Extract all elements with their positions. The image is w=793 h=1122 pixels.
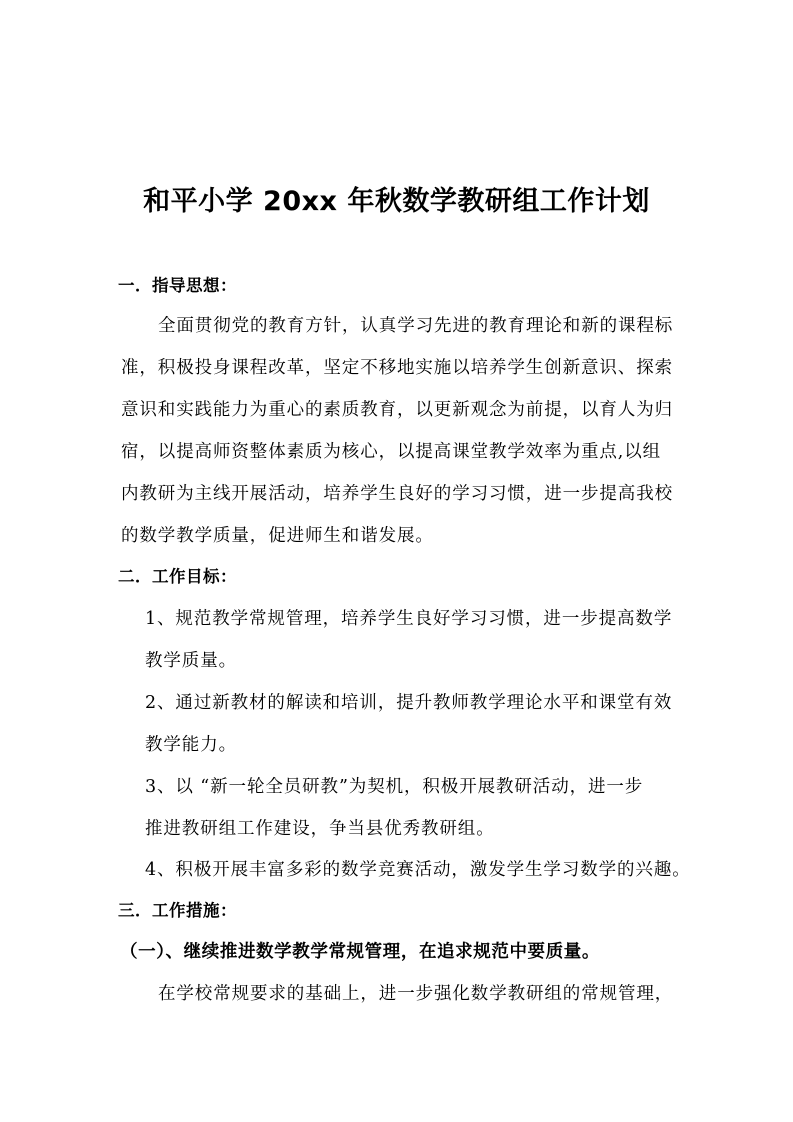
section-heading-work-goals: 二．工作目标： xyxy=(118,564,237,590)
section-heading-work-measures: 三．工作措施： xyxy=(118,898,237,924)
section-heading-guiding-ideology: 一．指导思想： xyxy=(118,273,237,299)
goal-item-line: 2、通过新教材的解读和培训，提升教师教学理论水平和课堂有效 xyxy=(145,690,672,716)
goal-item-line: 1、规范教学常规管理，培养学生良好学习习惯，进一步提高数学 xyxy=(145,606,672,632)
goal-item-line: 教学质量。 xyxy=(145,648,237,674)
paragraph-line: 准，积极投身课程改革，坚定不移地实施以培养学生创新意识、探索 xyxy=(121,355,673,381)
paragraph-line: 宿，以提高师资整体素质为核心，以提高课堂教学效率为重点,以组 xyxy=(121,439,661,465)
paragraph-line: 在学校常规要求的基础上，进一步强化数学教研组的常规管理， xyxy=(158,981,673,1007)
paragraph-line: 内教研为主线开展活动，培养学生良好的学习习惯，进一步提高我校 xyxy=(121,481,673,507)
goal-item-line: 4、积极开展丰富多彩的数学竞赛活动，激发学生学习数学的兴趣。 xyxy=(145,857,691,883)
goal-item-line: 3、以 “新一轮全员研教”为契机，积极开展教研活动，进一步 xyxy=(145,774,643,800)
paragraph-line: 意识和实践能力为重心的素质教育，以更新观念为前提，以育人为归 xyxy=(121,397,673,423)
document-page: 和平小学 20xx 年秋数学教研组工作计划 一．指导思想： 全面贯彻党的教育方针… xyxy=(0,0,793,1122)
goal-item-line: 教学能力。 xyxy=(145,732,237,758)
paragraph-line: 全面贯彻党的教育方针，认真学习先进的教育理论和新的课程标 xyxy=(158,313,673,339)
subsection-heading: （一）、继续推进数学教学常规管理，在追求规范中要质量。 xyxy=(120,939,600,965)
paragraph-line: 的数学教学质量，促进师生和谐发展。 xyxy=(121,523,434,549)
goal-item-line: 推进教研组工作建设，争当县优秀教研组。 xyxy=(145,816,495,842)
document-title: 和平小学 20xx 年秋数学教研组工作计划 xyxy=(0,182,793,222)
